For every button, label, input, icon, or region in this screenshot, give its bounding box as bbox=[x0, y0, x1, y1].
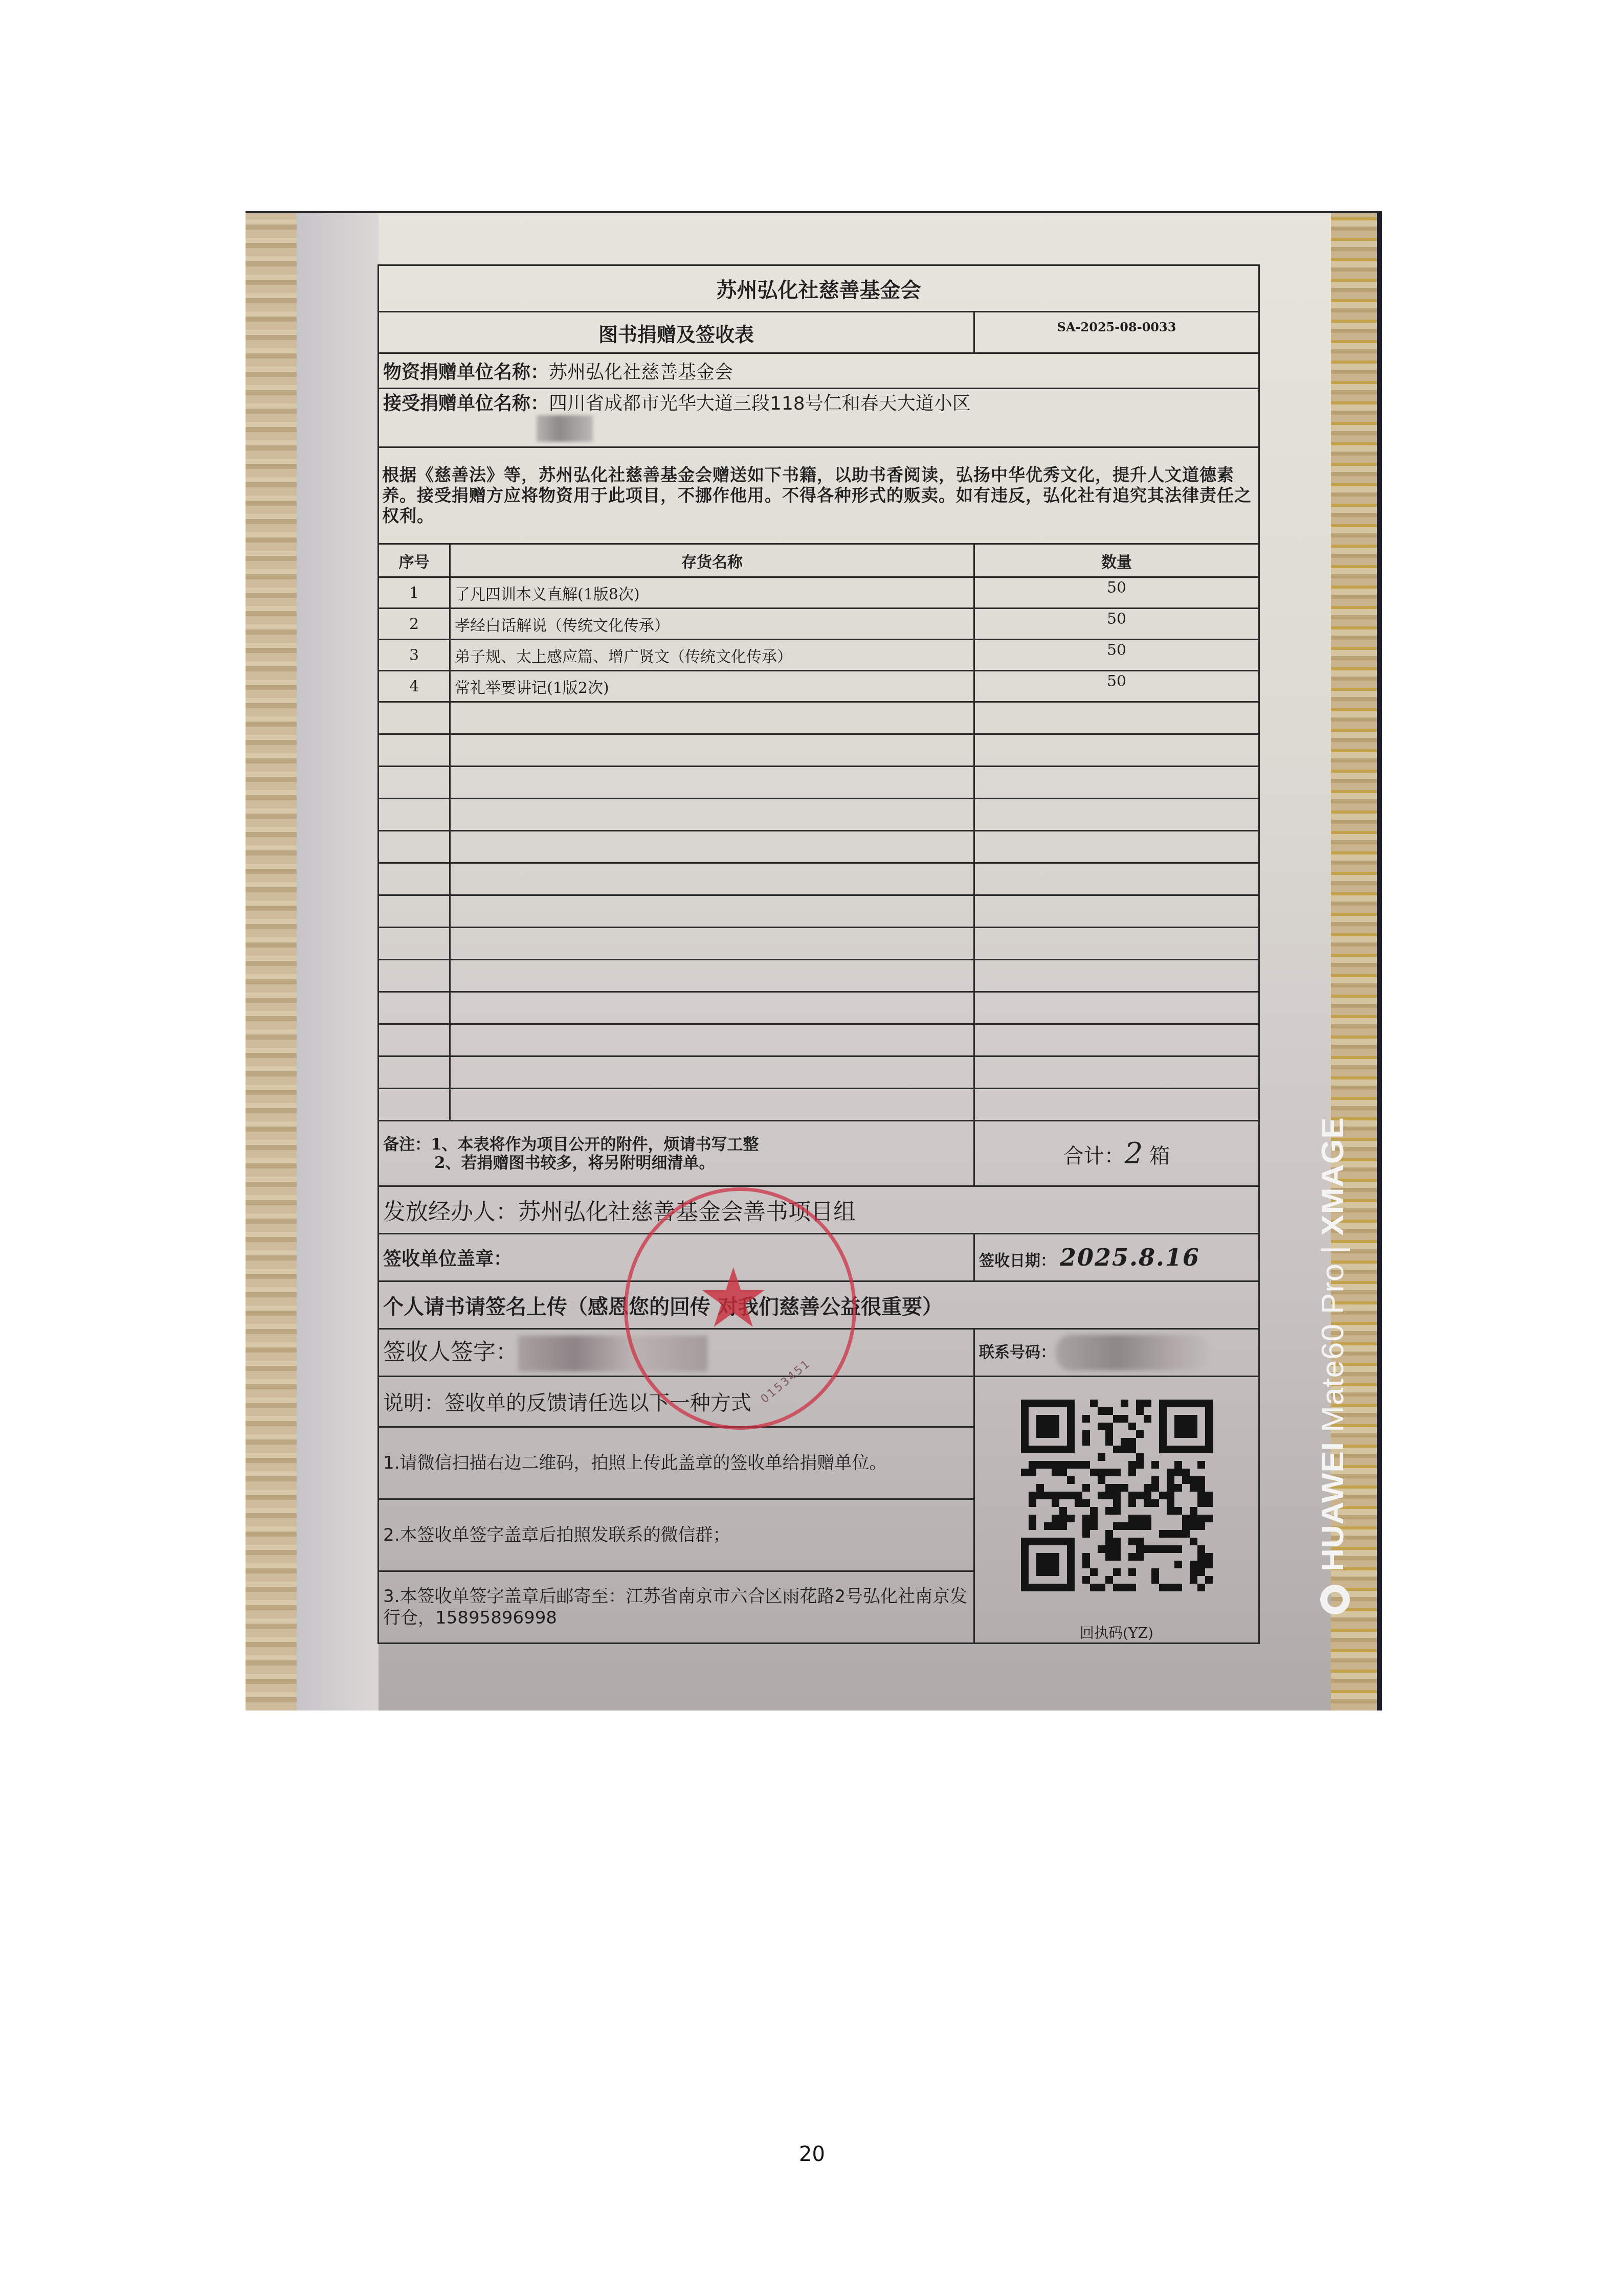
instructions-title: 说明：签收单的反馈请任选以下一种方式 bbox=[379, 1377, 974, 1427]
seal-label: 签收单位盖章： bbox=[383, 1249, 512, 1270]
sign-date-label: 签收日期： bbox=[979, 1252, 1056, 1270]
handler-row: 发放经办人：苏州弘化社慈善基金会善书项目组 bbox=[379, 1186, 1259, 1234]
empty-table-row bbox=[379, 767, 1259, 799]
feedback-way-3: 3.本签收单签字盖章后邮寄至：江苏省南京市六合区雨花路2号弘化社南京发行仓，15… bbox=[379, 1571, 974, 1643]
form-title: 图书捐赠及签收表 bbox=[379, 312, 974, 353]
seal-cell: 签收单位盖章： bbox=[379, 1234, 974, 1281]
remarks-label: 备注： bbox=[383, 1135, 431, 1154]
redacted-phone bbox=[1056, 1335, 1209, 1370]
row-quantity: 50 bbox=[974, 671, 1259, 702]
row-quantity: 50 bbox=[974, 577, 1259, 609]
header-quantity: 数量 bbox=[974, 544, 1259, 577]
header-item-name: 存货名称 bbox=[450, 544, 974, 577]
remarks-line-2: 2、若捐赠图书较多，将另附明细清单。 bbox=[383, 1154, 969, 1172]
qr-code[interactable] bbox=[1021, 1400, 1213, 1591]
qr-caption: 回执码(YZ) bbox=[979, 1622, 1254, 1642]
donor-label: 物资捐赠单位名称： bbox=[383, 362, 549, 383]
sign-date-handwritten: 2025.8.16 bbox=[1060, 1244, 1200, 1271]
empty-table-row bbox=[379, 960, 1259, 992]
signer-label: 签收人签字： bbox=[383, 1339, 518, 1365]
qr-cell: 回执码(YZ) bbox=[974, 1377, 1259, 1644]
row-no: 4 bbox=[379, 671, 450, 702]
feedback-way-2: 2.本签收单签字盖章后拍照发联系的微信群； bbox=[379, 1499, 974, 1571]
document-photo: 苏州弘化社慈善基金会 图书捐赠及签收表 SA-2025-08-0033 物资捐赠… bbox=[246, 211, 1382, 1710]
empty-table-row bbox=[379, 1056, 1259, 1089]
row-item-name: 常礼举要讲记(1版2次) bbox=[450, 671, 974, 702]
feedback-way-1: 1.请微信扫描右边二维码，拍照上传此盖章的签收单给捐赠单位。 bbox=[379, 1427, 974, 1499]
phone-cell: 联系号码： bbox=[974, 1329, 1259, 1377]
row-no: 1 bbox=[379, 577, 450, 609]
donation-receipt-form: 苏州弘化社慈善基金会 图书捐赠及签收表 SA-2025-08-0033 物资捐赠… bbox=[377, 264, 1260, 1644]
empty-table-row bbox=[379, 863, 1259, 895]
header-no: 序号 bbox=[379, 544, 450, 577]
form-code: SA-2025-08-0033 bbox=[974, 312, 1259, 353]
empty-table-row bbox=[379, 895, 1259, 928]
empty-table-row bbox=[379, 702, 1259, 734]
empty-table-row bbox=[379, 928, 1259, 960]
empty-rows bbox=[379, 702, 1259, 1121]
organization-title: 苏州弘化社慈善基金会 bbox=[379, 265, 1259, 312]
sign-date-cell: 签收日期：2025.8.16 bbox=[974, 1234, 1259, 1281]
remarks-line-1: 1、本表将作为项目公开的附件，烦请书写工整 bbox=[431, 1135, 759, 1154]
table-row: 2 孝经白话解说（传统文化传承） 50 bbox=[379, 609, 1259, 640]
donor-row: 物资捐赠单位名称：苏州弘化社慈善基金会 bbox=[379, 353, 1259, 389]
recipient-label: 接受捐赠单位名称： bbox=[383, 393, 549, 414]
total-cell: 合计：2 箱 bbox=[974, 1121, 1259, 1186]
empty-table-row bbox=[379, 992, 1259, 1024]
donation-notice: 根据《慈善法》等，苏州弘化社慈善基金会赠送如下书籍，以助书香阅读，弘扬中华优秀文… bbox=[379, 447, 1259, 544]
signer-cell: 签收人签字： bbox=[379, 1329, 974, 1377]
row-quantity: 50 bbox=[974, 609, 1259, 640]
total-handwritten-value: 2 bbox=[1125, 1137, 1143, 1170]
empty-table-row bbox=[379, 831, 1259, 863]
redacted-signature bbox=[518, 1336, 707, 1371]
empty-table-row bbox=[379, 734, 1259, 767]
table-header: 序号 存货名称 数量 bbox=[379, 544, 1259, 577]
phone-label: 联系号码： bbox=[979, 1343, 1056, 1361]
page-number: 20 bbox=[0, 2143, 1624, 2166]
total-label: 合计： bbox=[1063, 1144, 1125, 1168]
recipient-row: 接受捐赠单位名称：四川省成都市光华大道三段118号仁和春天大道小区 bbox=[379, 389, 1259, 447]
donor-value: 苏州弘化社慈善基金会 bbox=[549, 362, 733, 383]
row-quantity: 50 bbox=[974, 640, 1259, 671]
handler-value: 苏州弘化社慈善基金会善书项目组 bbox=[518, 1199, 856, 1225]
watermark-separator: | bbox=[1315, 1245, 1350, 1254]
table-row: 4 常礼举要讲记(1版2次) 50 bbox=[379, 671, 1259, 702]
row-item-name: 孝经白话解说（传统文化传承） bbox=[450, 609, 974, 640]
watermark-brand: HUAWEI bbox=[1315, 1442, 1350, 1571]
rug-background-left bbox=[246, 213, 297, 1710]
remarks: 备注：1、本表将作为项目公开的附件，烦请书写工整 2、若捐赠图书较多，将另附明细… bbox=[379, 1121, 974, 1186]
camera-ring-icon bbox=[1320, 1585, 1350, 1614]
empty-table-row bbox=[379, 799, 1259, 831]
total-unit: 箱 bbox=[1149, 1144, 1170, 1168]
empty-table-row bbox=[379, 1024, 1259, 1056]
watermark-suffix: XMAGE bbox=[1315, 1117, 1350, 1235]
empty-table-row bbox=[379, 1089, 1259, 1121]
row-item-name: 了凡四训本义直解(1版8次) bbox=[450, 577, 974, 609]
upload-note: 个人请书请签名上传（感恩您的回传 对我们慈善公益很重要） bbox=[379, 1281, 1259, 1329]
handler-label: 发放经办人： bbox=[383, 1199, 518, 1225]
row-no: 3 bbox=[379, 640, 450, 671]
camera-watermark: HUAWEI Mate60 Pro | XMAGE bbox=[1315, 1117, 1351, 1614]
redacted-recipient-detail bbox=[537, 415, 593, 442]
watermark-model: Mate60 Pro bbox=[1315, 1263, 1350, 1432]
table-row: 1 了凡四训本义直解(1版8次) 50 bbox=[379, 577, 1259, 609]
recipient-value: 四川省成都市光华大道三段118号仁和春天大道小区 bbox=[549, 393, 971, 414]
row-no: 2 bbox=[379, 609, 450, 640]
row-item-name: 弟子规、太上感应篇、增广贤文（传统文化传承） bbox=[450, 640, 974, 671]
table-row: 3 弟子规、太上感应篇、增广贤文（传统文化传承） 50 bbox=[379, 640, 1259, 671]
